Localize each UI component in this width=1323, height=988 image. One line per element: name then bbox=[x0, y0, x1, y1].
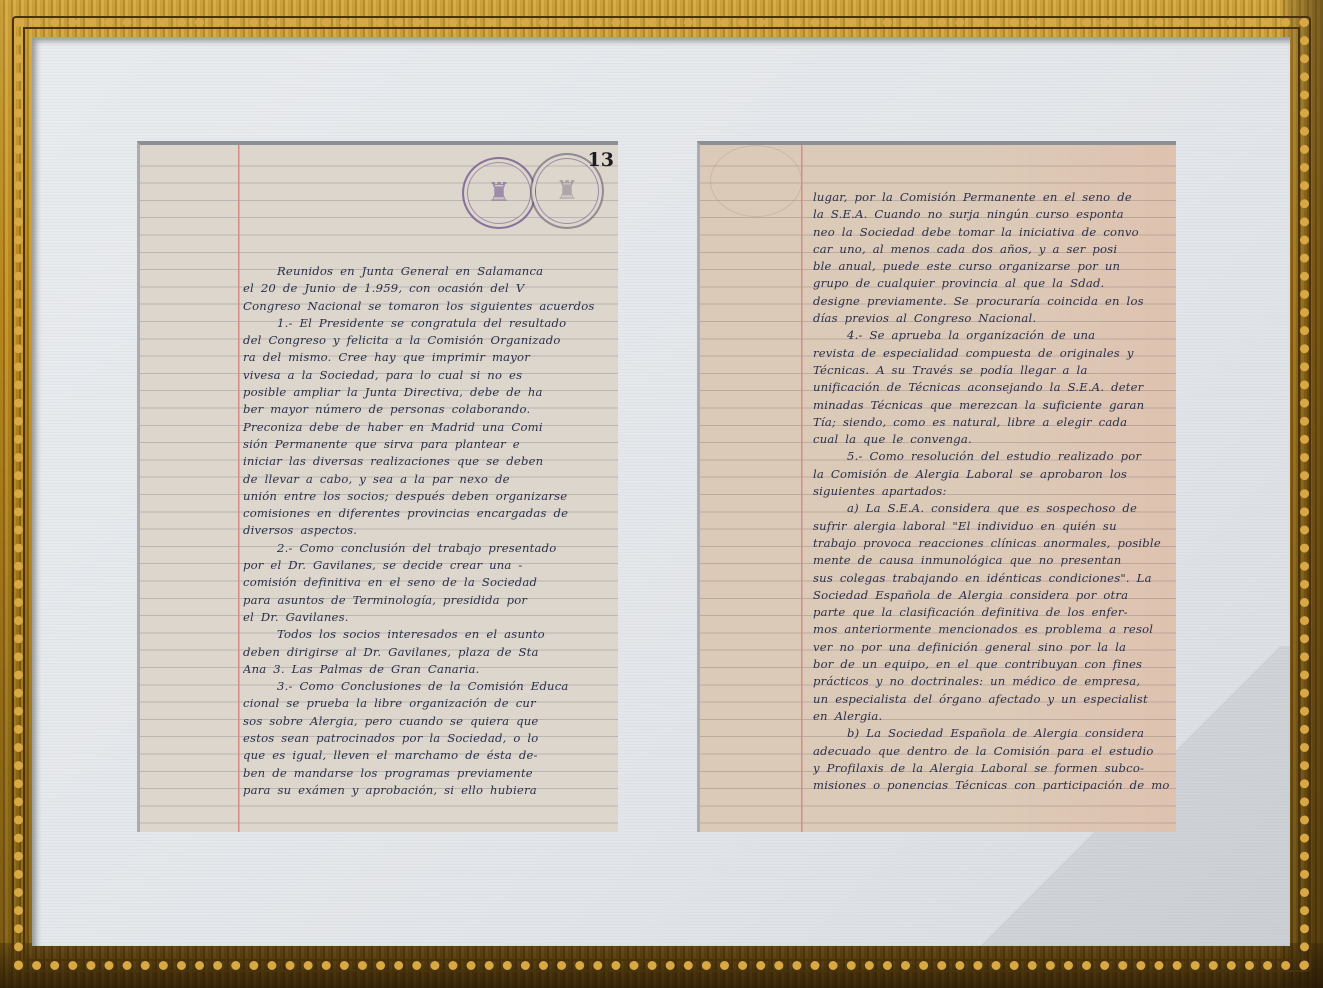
handwritten-line: parte que la clasificación definitiva de… bbox=[813, 604, 1172, 621]
handwritten-line: designe previamente. Se procuraría coinc… bbox=[813, 293, 1172, 310]
handwritten-line: y Profilaxis de la Alergia Laboral se fo… bbox=[813, 760, 1172, 777]
handwritten-line: posible ampliar la Junta Directiva, debe… bbox=[243, 384, 614, 401]
handwritten-line: neo la Sociedad debe tomar la iniciativa… bbox=[813, 224, 1172, 241]
handwritten-line: lugar, por la Comisión Permanente en el … bbox=[813, 189, 1172, 206]
handwritten-line: minadas Técnicas que merezcan la suficie… bbox=[813, 397, 1172, 414]
handwritten-line: sus colegas trabajando en idénticas cond… bbox=[813, 570, 1172, 587]
handwritten-line: adecuado que dentro de la Comisión para … bbox=[813, 743, 1172, 760]
handwritten-line: comisión definitiva en el seno de la Soc… bbox=[243, 574, 614, 591]
handwritten-line: comisiones en diferentes provincias enca… bbox=[243, 505, 614, 522]
handwritten-text-left: Reunidos en Junta General en Salamancael… bbox=[243, 263, 614, 799]
handwritten-line: que es igual, lleven el marchamo de ésta… bbox=[243, 747, 614, 764]
faded-stamp-mark bbox=[710, 145, 802, 217]
handwritten-line: cual la que le convenga. bbox=[813, 431, 1172, 448]
handwritten-line: iniciar las diversas realizaciones que s… bbox=[243, 453, 614, 470]
handwritten-line: mos anteriormente mencionados es problem… bbox=[813, 621, 1172, 638]
red-margin-line bbox=[238, 145, 239, 832]
handwritten-line: Ana 3. Las Palmas de Gran Canaria. bbox=[243, 661, 614, 678]
handwritten-line: trabajo provoca reacciones clínicas anor… bbox=[813, 535, 1172, 552]
handwritten-line: Reunidos en Junta General en Salamanca bbox=[243, 263, 614, 280]
handwritten-line: 5.- Como resolución del estudio realizad… bbox=[813, 448, 1172, 465]
handwritten-line: por el Dr. Gavilanes, se decide crear un… bbox=[243, 557, 614, 574]
eagle-emblem-icon: ♜ bbox=[555, 176, 578, 206]
handwritten-line: Todos los socios interesados en el asunt… bbox=[243, 626, 614, 643]
handwritten-line: Preconiza debe de haber en Madrid una Co… bbox=[243, 419, 614, 436]
handwritten-line: estos sean patrocinados por la Sociedad,… bbox=[243, 730, 614, 747]
handwritten-line: para asuntos de Terminología, presidida … bbox=[243, 592, 614, 609]
handwritten-line: cional se prueba la libre organización d… bbox=[243, 695, 614, 712]
handwritten-line: ble anual, puede este curso organizarse … bbox=[813, 258, 1172, 275]
handwritten-line: a) La S.E.A. considera que es sospechoso… bbox=[813, 500, 1172, 517]
eagle-emblem-icon: ♜ bbox=[487, 178, 510, 208]
handwritten-text-right: lugar, por la Comisión Permanente en el … bbox=[813, 189, 1172, 794]
handwritten-line: b) La Sociedad Española de Alergia consi… bbox=[813, 725, 1172, 742]
handwritten-line: diversos aspectos. bbox=[243, 522, 614, 539]
handwritten-line: 4.- Se aprueba la organización de una bbox=[813, 327, 1172, 344]
handwritten-line: misiones o ponencias Técnicas con partic… bbox=[813, 777, 1172, 794]
handwritten-line: mente de causa inmunológica que no prese… bbox=[813, 552, 1172, 569]
handwritten-line: ben de mandarse los programas previament… bbox=[243, 765, 614, 782]
left-document-page: ♜ ♜ 13 Reunidos en Junta General en Sala… bbox=[137, 141, 618, 832]
handwritten-line: sufrir alergia laboral "El individuo en … bbox=[813, 518, 1172, 535]
handwritten-line: Sociedad Española de Alergia considera p… bbox=[813, 587, 1172, 604]
handwritten-line: la Comisión de Alergia Laboral se aproba… bbox=[813, 466, 1172, 483]
handwritten-line: ver no por una definición general sino p… bbox=[813, 639, 1172, 656]
page-number: 13 bbox=[588, 149, 614, 171]
handwritten-line: siguientes apartados: bbox=[813, 483, 1172, 500]
handwritten-line: 3.- Como Conclusiones de la Comisión Edu… bbox=[243, 678, 614, 695]
handwritten-line: la S.E.A. Cuando no surja ningún curso e… bbox=[813, 206, 1172, 223]
handwritten-line: Técnicas. A su Través se podía llegar a … bbox=[813, 362, 1172, 379]
handwritten-line: prácticos y no doctrinales: un médico de… bbox=[813, 673, 1172, 690]
handwritten-line: de llevar a cabo, y sea a la par nexo de bbox=[243, 471, 614, 488]
handwritten-line: unificación de Técnicas aconsejando la S… bbox=[813, 379, 1172, 396]
handwritten-line: días previos al Congreso Nacional. bbox=[813, 310, 1172, 327]
handwritten-line: Tía; siendo, como es natural, libre a el… bbox=[813, 414, 1172, 431]
handwritten-line: un especialista del órgano afectado y un… bbox=[813, 691, 1172, 708]
handwritten-line: vivesa a la Sociedad, para lo cual si no… bbox=[243, 367, 614, 384]
handwritten-line: sión Permanente que sirva para plantear … bbox=[243, 436, 614, 453]
handwritten-line: ra del mismo. Cree hay que imprimir mayo… bbox=[243, 349, 614, 366]
handwritten-line: el 20 de Junio de 1.959, con ocasión del… bbox=[243, 280, 614, 297]
handwritten-line: car uno, al menos cada dos años, y a ser… bbox=[813, 241, 1172, 258]
right-document-page: lugar, por la Comisión Permanente en el … bbox=[697, 141, 1176, 832]
handwritten-line: del Congreso y felicita a la Comisión Or… bbox=[243, 332, 614, 349]
handwritten-line: 2.- Como conclusión del trabajo presenta… bbox=[243, 540, 614, 557]
handwritten-line: unión entre los socios; después deben or… bbox=[243, 488, 614, 505]
handwritten-line: 1.- El Presidente se congratula del resu… bbox=[243, 315, 614, 332]
handwritten-line: deben dirigirse al Dr. Gavilanes, plaza … bbox=[243, 644, 614, 661]
handwritten-line: Congreso Nacional se tomaron los siguien… bbox=[243, 298, 614, 315]
handwritten-line: en Alergia. bbox=[813, 708, 1172, 725]
handwritten-line: sos sobre Alergia, pero cuando se quiera… bbox=[243, 713, 614, 730]
red-margin-line bbox=[801, 145, 802, 832]
official-seal-stamp: ♜ bbox=[462, 157, 536, 229]
handwritten-line: grupo de cualquier provincia al que la S… bbox=[813, 275, 1172, 292]
handwritten-line: bor de un equipo, en el que contribuyan … bbox=[813, 656, 1172, 673]
handwritten-line: el Dr. Gavilanes. bbox=[243, 609, 614, 626]
handwritten-line: revista de especialidad compuesta de ori… bbox=[813, 345, 1172, 362]
handwritten-line: para su exámen y aprobación, si ello hub… bbox=[243, 782, 614, 799]
handwritten-line: ber mayor número de personas colaborando… bbox=[243, 401, 614, 418]
